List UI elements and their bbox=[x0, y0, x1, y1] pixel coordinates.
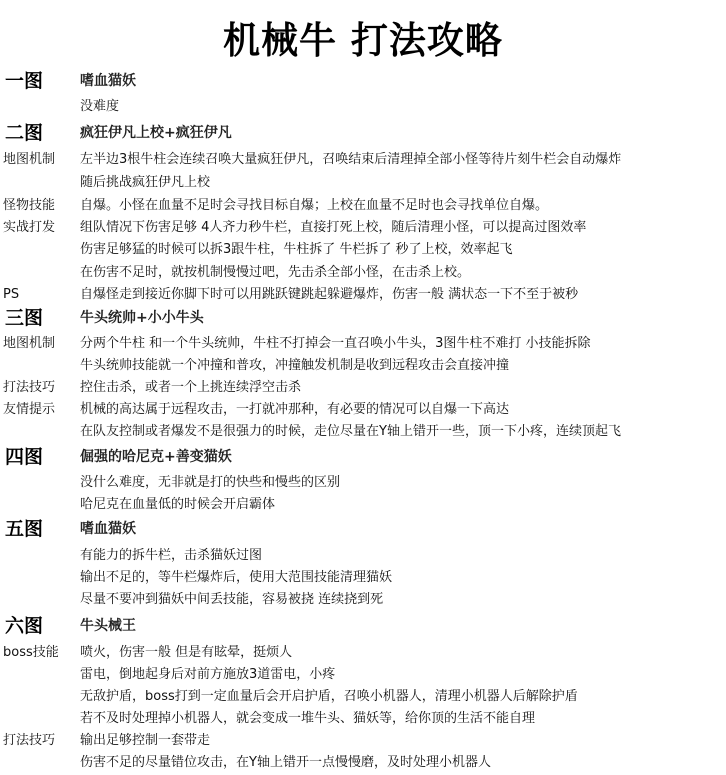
section-boss: 牛头械王 bbox=[80, 613, 136, 639]
section-boss: 疯狂伊凡上校+疯狂伊凡 bbox=[80, 120, 232, 146]
section-line: 有能力的拆牛栏，击杀猫妖过图 bbox=[0, 544, 726, 567]
section-line: 地图机制 分两个牛柱 和一个牛头统帅，牛柱不打掉会一直召唤小牛头，3图牛柱不难打… bbox=[0, 332, 726, 355]
section-line: 没难度 bbox=[0, 95, 726, 118]
section-line: 在伤害不足时，就按机制慢慢过吧，先击杀全部小怪，在击杀上校。 bbox=[0, 261, 726, 284]
section-line: 尽量不要冲到猫妖中间丢技能，容易被挠 连续挠到死 bbox=[0, 588, 726, 611]
section-line: 地图机制 左半边3根牛柱会连续召唤大量疯狂伊凡，召唤结束后清理掉全部小怪等待片刻… bbox=[0, 148, 726, 171]
section-line: 打法技巧 控住击杀，或者一个上挑连续浮空击杀 bbox=[0, 376, 726, 399]
section-number: 六图 bbox=[5, 613, 43, 639]
section-line: boss技能 喷火，伤害一般 但是有眩晕，挺烦人 bbox=[0, 641, 726, 664]
section-number: 五图 bbox=[5, 516, 43, 542]
section-number: 四图 bbox=[5, 444, 43, 470]
section-line: 在队友控制或者爆发不是很强力的时候，走位尽量在Y轴上错开一些，顶一下小疼，连续顶… bbox=[0, 420, 726, 443]
section-line: 实战打发 组队情况下伤害足够 4人齐力秒牛栏，直接打死上校，随后清理小怪，可以提… bbox=[0, 216, 726, 239]
section-line: 若不及时处理掉小机器人，就会变成一堆牛头、猫妖等，给你顶的生活不能自理 bbox=[0, 707, 726, 730]
section-map-2: 二图 疯狂伊凡上校+疯狂伊凡 bbox=[0, 120, 726, 146]
section-map-4: 四图 倔强的哈尼克+善变猫妖 bbox=[0, 444, 726, 470]
section-line: 哈尼克在血量低的时候会开启霸体 bbox=[0, 493, 726, 516]
section-number: 二图 bbox=[5, 120, 43, 146]
section-line: 打法技巧 输出足够控制一套带走 bbox=[0, 729, 726, 752]
section-line: 怪物技能 自爆。小怪在血量不足时会寻找目标自爆；上校在血量不足时也会寻找单位自爆… bbox=[0, 194, 726, 217]
section-line: 牛头统帅技能就一个冲撞和普攻，冲撞触发机制是收到远程攻击会直接冲撞 bbox=[0, 354, 726, 377]
section-number: 三图 bbox=[5, 305, 43, 331]
section-line: 伤害不足的尽量错位攻击，在Y轴上错开一点慢慢磨，及时处理小机器人 bbox=[0, 751, 726, 774]
page-title: 机械牛 打法攻略 bbox=[0, 10, 726, 64]
section-boss: 牛头统帅+小小牛头 bbox=[80, 305, 204, 331]
section-line: 无敌护盾，boss打到一定血量后会开启护盾，召唤小机器人，清理小机器人后解除护盾 bbox=[0, 685, 726, 708]
section-line: PS 自爆怪走到接近你脚下时可以用跳跃键跳起躲避爆炸，伤害一般 满状态一下不至于… bbox=[0, 283, 726, 306]
section-map-5: 五图 嗜血猫妖 bbox=[0, 516, 726, 542]
section-line: 输出不足的，等牛栏爆炸后，使用大范围技能清理猫妖 bbox=[0, 566, 726, 589]
section-boss: 嗜血猫妖 bbox=[80, 516, 136, 542]
section-line: 雷电，倒地起身后对前方施放3道雷电，小疼 bbox=[0, 663, 726, 686]
section-boss: 嗜血猫妖 bbox=[80, 68, 136, 94]
section-line: 伤害足够猛的时候可以拆3跟牛柱，牛柱拆了 牛栏拆了 秒了上校，效率起飞 bbox=[0, 238, 726, 261]
section-line: 没什么难度，无非就是打的快些和慢些的区别 bbox=[0, 471, 726, 494]
section-line: 友情提示 机械的高达属于远程攻击，一打就冲那种，有必要的情况可以自爆一下高达 bbox=[0, 398, 726, 421]
section-map-3: 三图 牛头统帅+小小牛头 bbox=[0, 305, 726, 331]
section-map-6: 六图 牛头械王 bbox=[0, 613, 726, 639]
section-boss: 倔强的哈尼克+善变猫妖 bbox=[80, 444, 232, 470]
section-number: 一图 bbox=[5, 68, 43, 94]
section-line: 随后挑战疯狂伊凡上校 bbox=[0, 171, 726, 194]
section-map-1: 一图 嗜血猫妖 bbox=[0, 68, 726, 94]
